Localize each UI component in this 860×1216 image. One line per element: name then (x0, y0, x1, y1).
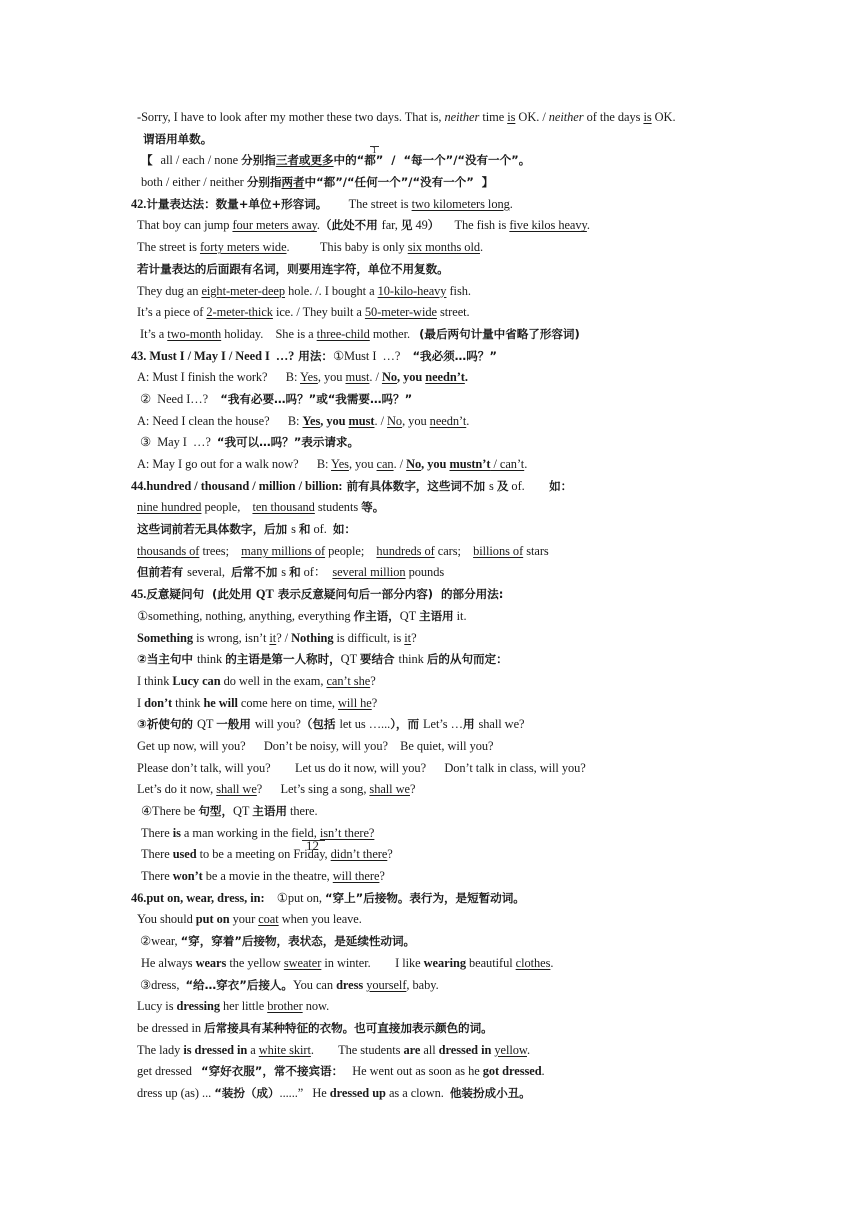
text-segment: “穿好衣服”，常不接宾语： (201, 1064, 343, 1078)
text-segment: That boy can jump (137, 218, 232, 232)
text-segment: ② Need I…? (137, 392, 220, 406)
bold-text: is dressed in (183, 1043, 247, 1057)
text-line: 谓语用单数。 (131, 129, 751, 151)
text-segment: （此处不用 (320, 218, 382, 232)
text-segment: . (524, 457, 527, 471)
text-segment: 中“都”/“任何一个”/“没有一个” 】 (305, 175, 494, 189)
text-segment: 他装扮成小丑。 (450, 1086, 531, 1100)
text-line: ②wear, “穿，穿着”后接物，表状态，是延续性动词。 (131, 931, 751, 953)
text-segment: 后的从句而定： (427, 652, 508, 666)
text-segment: dress up (as) ... (137, 1086, 214, 1100)
text-segment: stars (523, 544, 549, 558)
text-segment: . The students (311, 1043, 404, 1057)
bold-text: don’t (144, 696, 172, 710)
underlined-text: Yes (300, 370, 318, 384)
text-segment: several, (187, 565, 231, 579)
text-segment: ④There be (141, 804, 198, 818)
underlined-text: Yes (331, 457, 349, 471)
underlined-text: coat (258, 912, 278, 926)
text-segment: You should (137, 912, 196, 926)
text-segment: of： (301, 565, 333, 579)
text-line: You should put on your coat when you lea… (131, 909, 751, 931)
text-segment: . (466, 414, 469, 428)
underlined-text: needn’t (430, 414, 467, 428)
underlined-text: 2-meter-thick (206, 305, 273, 319)
text-segment: s (281, 565, 289, 579)
text-segment: ③ May I …? (137, 435, 217, 449)
text-segment: 后常接具有某种特征的衣物。也可直接加表示颜色的词。 (204, 1021, 493, 1035)
text-segment: . / (374, 414, 387, 428)
text-segment: 主语用 (252, 804, 287, 818)
text-segment: ? / (276, 631, 291, 645)
text-line: ③ May I …? “我可以…吗？”表示请求。 (131, 432, 751, 454)
text-segment: ......” He (280, 1086, 330, 1100)
text-line: -Sorry, I have to look after my mother t… (131, 107, 751, 129)
text-segment: Please don’t talk, will you? Let us do i… (137, 761, 586, 775)
text-segment: pounds (406, 565, 445, 579)
text-segment: all / each / none (161, 153, 242, 167)
text-segment: “我可以…吗？”表示请求。 (217, 435, 359, 449)
underlined-text: can’t she (326, 674, 370, 688)
text-segment: 作主语， (354, 609, 400, 623)
underlined-text: shall we (369, 782, 410, 796)
text-segment: “穿上”后接物。表行为，是短暂动词。 (325, 891, 525, 905)
text-segment: , you (318, 370, 346, 384)
text-segment: ②wear, (137, 934, 181, 948)
bold-text: . (465, 370, 468, 384)
text-segment: He went out as soon as he (343, 1064, 483, 1078)
document-page: -Sorry, I have to look after my mother t… (0, 0, 860, 1216)
underlined-text: two-month (167, 327, 221, 341)
text-segment: ? Let’s sing a song, (257, 782, 370, 796)
text-line: The lady is dressed in a white skirt. Th… (131, 1040, 751, 1062)
text-segment: There (141, 847, 173, 861)
text-line: Please don’t talk, will you? Let us do i… (131, 758, 751, 780)
text-segment: . This baby is only (287, 240, 408, 254)
underlined-text: six months old (408, 240, 480, 254)
text-segment: A: Must I finish the work? B: (137, 370, 300, 384)
text-segment: a (247, 1043, 259, 1057)
text-segment: when you leave. (279, 912, 362, 926)
text-line: dress up (as) ... “装扮（成）......” He dress… (131, 1083, 751, 1105)
text-segment: . (542, 1064, 545, 1078)
bold-text: put on (196, 912, 230, 926)
text-segment: OK. (652, 110, 676, 124)
text-segment: A: Need I clean the house? B: (137, 414, 302, 428)
underlined-text: three-child (317, 327, 370, 341)
text-line: 若计量表达的后面跟有名词，则要用连字符，单位不用复数。 (131, 259, 751, 281)
text-segment: , you (349, 457, 377, 471)
bold-text: wearing (424, 956, 466, 970)
text-segment: A: May I go out for a walk now? B: (137, 457, 331, 471)
text-segment: “穿，穿着”后接物，表状态，是延续性动词。 (181, 934, 415, 948)
underlined-text: five kilos heavy (509, 218, 587, 232)
underlined-text: many millions of (241, 544, 325, 558)
text-line: There won’t be a movie in the theatre, w… (131, 866, 751, 888)
text-segment: . (527, 1043, 530, 1057)
text-line: A: Must I finish the work? B: Yes, you m… (131, 367, 751, 389)
bold-text: dress (336, 978, 363, 992)
underlined-text: sweater (284, 956, 322, 970)
underlined-text: mustn’t (449, 457, 490, 471)
bold-text: 46.put on, wear, dress, in: (131, 891, 265, 905)
text-segment: There (141, 826, 173, 840)
text-segment: The street is (137, 240, 200, 254)
text-segment: The lady (137, 1043, 183, 1057)
text-segment: 主语用 (419, 609, 454, 623)
text-line: I think Lucy can do well in the exam, ca… (131, 671, 751, 693)
text-line: A: Need I clean the house? B: Yes, you m… (131, 411, 751, 433)
text-segment: 及 (497, 479, 509, 493)
text-segment: her little (220, 999, 267, 1013)
text-segment: as a clown. (386, 1086, 450, 1100)
text-line: It’s a piece of 2-meter-thick ice. / The… (131, 302, 751, 324)
text-segment: 等。 (361, 500, 384, 514)
text-line: get dressed “穿好衣服”，常不接宾语： He went out as… (131, 1061, 751, 1083)
bold-text: 44.hundred / thousand / million / billio… (131, 479, 343, 493)
text-segment: Get up now, will you? Don’t be noisy, wi… (137, 739, 493, 753)
bold-text: 42. (131, 197, 146, 211)
text-segment: all (420, 1043, 438, 1057)
text-segment: time (479, 110, 507, 124)
text-line: 【 all / each / none 分别指三者或更多中的“都” / “每一个… (131, 150, 751, 172)
text-segment: in winter. I like (321, 956, 423, 970)
underlined-text: two kilometers long (412, 197, 510, 211)
text-segment: . / (369, 370, 382, 384)
text-segment: ①something, nothing, anything, everythin… (137, 609, 354, 623)
bold-text: Something (137, 631, 193, 645)
text-segment: . (550, 956, 553, 970)
underlined-text: / can’t (490, 457, 524, 471)
text-segment: ice. / They built a (273, 305, 365, 319)
underlined-text: yellow (494, 1043, 527, 1057)
text-line: 42.计量表达法：数量+单位+形容词。 The street is two ki… (131, 194, 751, 216)
text-line: A: May I go out for a walk now? B: Yes, … (131, 454, 751, 476)
text-segment: cars; (435, 544, 473, 558)
text-line: I don’t think he will come here on time,… (131, 693, 751, 715)
underlined-text: will there (333, 869, 380, 883)
text-segment: people; (325, 544, 376, 558)
text-segment: QT (341, 652, 360, 666)
underlined-text: brother (267, 999, 302, 1013)
text-segment: There (141, 869, 173, 883)
text-segment: 见 (401, 218, 413, 232)
underlined-text: hundreds of (376, 544, 434, 558)
text-segment: get dressed (137, 1064, 201, 1078)
text-segment: come here on time, (238, 696, 338, 710)
underlined-text: must (349, 414, 375, 428)
bold-text: is (173, 826, 181, 840)
text-line: be dressed in 后常接具有某种特征的衣物。也可直接加表示颜色的词。 (131, 1018, 751, 1040)
text-segment: ? (372, 696, 377, 710)
bold-text: dressed up (330, 1086, 386, 1100)
bold-text: are (404, 1043, 421, 1057)
text-segment: ②当主句中 (137, 652, 197, 666)
text-segment: ①put on, (265, 891, 325, 905)
bold-text: , you (421, 457, 449, 471)
underlined-text: can (377, 457, 394, 471)
text-segment: “给…穿衣”后接人。 (185, 978, 293, 992)
text-line: nine hundred people, ten thousand studen… (131, 497, 751, 519)
bold-text: Nothing (291, 631, 333, 645)
text-segment: ? (379, 869, 384, 883)
text-segment: The street is (327, 197, 411, 211)
underlined-text: ten thousand (252, 500, 314, 514)
underlined-text: Yes (302, 414, 320, 428)
underlined-text: yourself (366, 978, 406, 992)
text-segment: ③祈使句的 (137, 717, 197, 731)
text-segment: 用法： (294, 349, 333, 363)
text-segment: people, (201, 500, 252, 514)
text-segment: s (489, 479, 497, 493)
text-line: ④There be 句型，QT 主语用 there. (131, 801, 751, 823)
bold-text: , you (397, 370, 425, 384)
text-segment: , baby. (406, 978, 438, 992)
text-segment: “装扮（成） (214, 1086, 279, 1100)
text-segment: 用 (463, 717, 479, 731)
text-segment: a man working in the field, (181, 826, 320, 840)
text-segment: . (587, 218, 590, 232)
text-segment: think (172, 696, 203, 710)
underlined-text: clothes (516, 956, 551, 970)
text-segment: far, (382, 218, 401, 232)
text-segment: 表示反意疑问句后一部分内容) 的部分用法: (274, 587, 504, 601)
text-segment: Let’s … (423, 717, 463, 731)
text-segment: the yellow (226, 956, 284, 970)
text-segment: QT (197, 717, 216, 731)
bold-text: Lucy can (172, 674, 220, 688)
text-line: Lucy is dressing her little brother now. (131, 996, 751, 1018)
text-segment: ? (411, 631, 416, 645)
bold-text: dressing (177, 999, 220, 1013)
underlined-text: needn’t (425, 370, 465, 384)
bold-text: used (173, 847, 197, 861)
underlined-text: didn’t there (331, 847, 388, 861)
text-segment: ①Must I …? (333, 349, 413, 363)
text-segment: 分别指 (247, 175, 282, 189)
text-segment: mother. (370, 327, 419, 341)
text-segment: ? (410, 782, 415, 796)
text-segment: neither (549, 110, 584, 124)
page-number-overlay: 12 (306, 838, 319, 854)
text-segment: is difficult, is (333, 631, 404, 645)
text-segment: The fish is (439, 218, 509, 232)
text-segment: I think (137, 674, 172, 688)
underlined-text: billions of (473, 544, 523, 558)
text-segment: They dug an (137, 284, 201, 298)
underlined-text: shall we (216, 782, 257, 796)
bold-text: got dressed (483, 1064, 542, 1078)
underlined-text: 50-meter-wide (365, 305, 437, 319)
underlined-text: eight-meter-deep (201, 284, 285, 298)
bold-text: he will (203, 696, 237, 710)
text-segment: 【 (141, 153, 161, 167)
text-segment: 前有具体数字，这些词不加 (343, 479, 490, 493)
text-segment: be a movie in the theatre, (203, 869, 333, 883)
underlined-text: is (643, 110, 651, 124)
text-segment: “我有必要…吗？”或“我需要…吗？” (220, 392, 412, 406)
text-segment: -Sorry, I have to look after my mother t… (137, 110, 445, 124)
text-segment: 若计量表达的后面跟有名词，则要用连字符，单位不用复数。 (137, 262, 449, 276)
text-line: 这些词前若无具体数字，后加 s 和 of. 如： (131, 519, 751, 541)
text-segment: shall we? (478, 717, 524, 731)
text-segment: there. (287, 804, 318, 818)
text-segment: 谓语用单数。 (143, 132, 212, 146)
underlined-text: will he (338, 696, 372, 710)
text-line: thousands of trees; many millions of peo… (131, 541, 751, 563)
text-segment: think (197, 652, 225, 666)
text-segment: . / (394, 457, 407, 471)
text-segment: it. (454, 609, 467, 623)
page-number-overlay-top: 1 (372, 145, 377, 155)
text-segment: 分别指 (241, 153, 276, 167)
text-segment: ? (387, 847, 392, 861)
text-segment: 49 (412, 218, 427, 232)
text-segment: think (399, 652, 427, 666)
underlined-text: white skirt (259, 1043, 311, 1057)
text-segment: Let’s do it now, (137, 782, 216, 796)
bold-text: dressed in (439, 1043, 492, 1057)
text-segment: trees; (199, 544, 241, 558)
text-segment: s (291, 522, 299, 536)
text-line: Get up now, will you? Don’t be noisy, wi… (131, 736, 751, 758)
bold-text: 45. (131, 587, 146, 601)
text-segment: (最后两句计量中省略了形容词) (419, 327, 580, 341)
text-segment: be dressed in (137, 1021, 204, 1035)
text-line: There is a man working in the field, isn… (131, 823, 751, 845)
text-segment: fish. (446, 284, 470, 298)
text-segment: He always (141, 956, 196, 970)
text-segment: QT (233, 804, 252, 818)
text-line: They dug an eight-meter-deep hole. /. I … (131, 281, 751, 303)
text-segment: , you (402, 414, 430, 428)
text-segment: 要结合 (360, 652, 399, 666)
bold-text: won’t (173, 869, 203, 883)
underlined-text: isn’t there? (320, 826, 375, 840)
text-segment: both / either / neither (141, 175, 247, 189)
text-segment: of. (310, 522, 332, 536)
text-line: That boy can jump four meters away.（此处不用… (131, 215, 751, 237)
text-segment: 如： (333, 522, 356, 536)
bold-text: wears (196, 956, 227, 970)
underlined-text: thousands of (137, 544, 199, 558)
text-segment: holiday. She is a (221, 327, 317, 341)
text-segment: ），而 (390, 717, 423, 731)
text-segment: （包括 (301, 717, 340, 731)
text-segment: 反意疑问句 (此处用 (146, 587, 256, 601)
text-segment: It’s a (137, 327, 167, 341)
underlined-text: 三者或更多 (276, 153, 334, 167)
text-line: ②当主句中 think 的主语是第一人称时，QT 要结合 think 后的从句而… (131, 649, 751, 671)
text-segment: QT (400, 609, 419, 623)
underlined-text: No (387, 414, 402, 428)
underlined-text: four meters away (232, 218, 316, 232)
bold-text: 43. Must I / May I / Need I …? (131, 349, 294, 363)
text-segment: 和 (299, 522, 311, 536)
text-segment: 后常不加 (231, 565, 281, 579)
text-segment: 如： (549, 479, 572, 493)
underlined-text: 10-kilo-heavy (378, 284, 447, 298)
text-segment: 计量表达法：数量+单位+形容词。 (146, 197, 327, 211)
bold-text: , you (320, 414, 348, 428)
text-segment: is wrong, isn’t (193, 631, 269, 645)
text-line: Let’s do it now, shall we? Let’s sing a … (131, 779, 751, 801)
text-line: both / either / neither 分别指两者中“都”/“任何一个”… (131, 172, 751, 194)
text-line: ② Need I…? “我有必要…吗？”或“我需要…吗？” (131, 389, 751, 411)
text-line: ③祈使句的 QT 一般用 will you?（包括 let us …...），而… (131, 714, 751, 736)
text-line: 46.put on, wear, dress, in: ①put on, “穿上… (131, 888, 751, 910)
text-segment: your (230, 912, 259, 926)
text-segment: now. (303, 999, 329, 1013)
text-segment: beautiful (466, 956, 516, 970)
text-line: 但前若有 several, 后常不加 s 和 of： several milli… (131, 562, 751, 584)
text-segment: . (510, 197, 513, 211)
text-line: It’s a two-month holiday. She is a three… (131, 324, 751, 346)
underlined-text: must (345, 370, 369, 384)
text-line: The street is forty meters wide. This ba… (131, 237, 751, 259)
underlined-text: several million (332, 565, 405, 579)
underlined-text: forty meters wide (200, 240, 287, 254)
text-segment: “我必须…吗？” (412, 349, 496, 363)
text-segment: 的主语是第一人称时， (225, 652, 340, 666)
text-segment: 一般用 (216, 717, 255, 731)
text-segment: students (315, 500, 361, 514)
text-segment: 这些词前若无具体数字，后加 (137, 522, 291, 536)
text-segment: It’s a piece of (137, 305, 206, 319)
underlined-text: nine hundred (137, 500, 201, 514)
text-segment: of. (508, 479, 549, 493)
text-segment: ? (370, 674, 375, 688)
text-line: 45.反意疑问句 (此处用 QT 表示反意疑问句后一部分内容) 的部分用法: (131, 584, 751, 606)
text-line: ③dress, “给…穿衣”后接人。You can dress yourself… (131, 975, 751, 997)
text-segment: 中的“都” / “每一个”/“没有一个”。 (334, 153, 531, 167)
text-segment: 句型， (198, 804, 233, 818)
text-segment: ③dress, (137, 978, 185, 992)
bold-text: QT (256, 587, 274, 601)
text-segment: Lucy is (137, 999, 177, 1013)
underlined-text: 两者 (281, 175, 304, 189)
text-segment: will you? (255, 717, 301, 731)
text-segment: 和 (289, 565, 301, 579)
text-segment: You can (293, 978, 336, 992)
text-segment: of the days (584, 110, 644, 124)
text-segment: hole. /. I bought a (285, 284, 378, 298)
text-segment: . (480, 240, 483, 254)
text-segment: let us …... (339, 717, 390, 731)
underlined-text: No (382, 370, 397, 384)
text-line: He always wears the yellow sweater in wi… (131, 953, 751, 975)
text-segment: do well in the exam, (221, 674, 327, 688)
text-line: There used to be a meeting on Friday, di… (131, 844, 751, 866)
text-line: ①something, nothing, anything, everythin… (131, 606, 751, 628)
text-segment: neither (445, 110, 480, 124)
underlined-text: No (406, 457, 421, 471)
text-segment: 但前若有 (137, 565, 187, 579)
text-line: 44.hundred / thousand / million / billio… (131, 476, 751, 498)
text-segment: ） (428, 218, 440, 232)
text-line: Something is wrong, isn’t it? / Nothing … (131, 628, 751, 650)
grammar-notes-body: -Sorry, I have to look after my mother t… (131, 107, 751, 1105)
text-line: 43. Must I / May I / Need I …? 用法：①Must … (131, 346, 751, 368)
text-segment: OK. / (515, 110, 548, 124)
text-segment: street. (437, 305, 470, 319)
